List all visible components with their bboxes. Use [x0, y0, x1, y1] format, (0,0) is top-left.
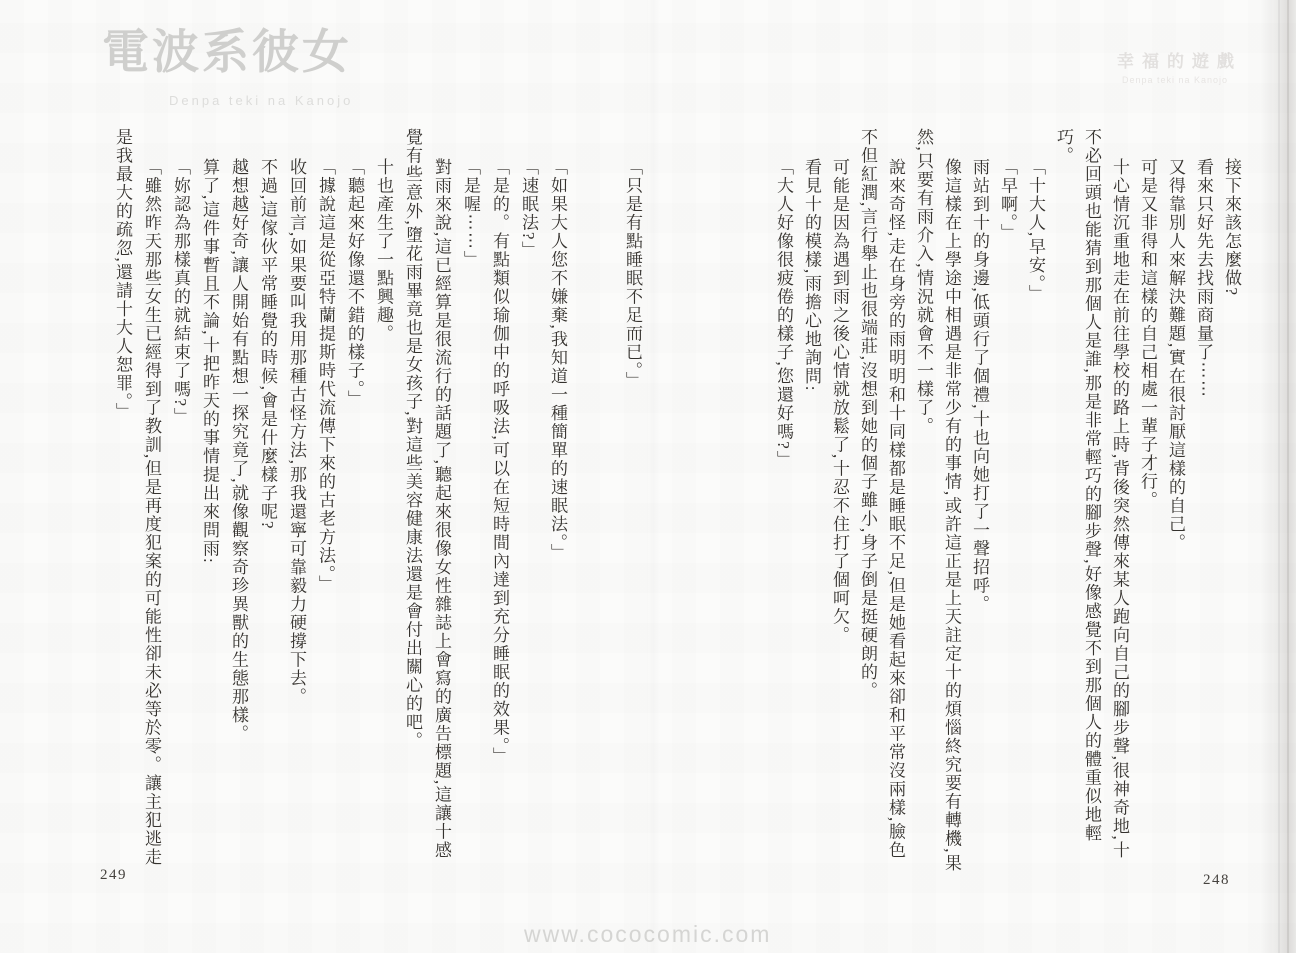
scanned-book-spread: 電波系彼女 Denpa teki na Kanojo 幸福的遊戲 Denpa t…	[0, 0, 1296, 953]
paragraph: 「早啊。」	[993, 128, 1021, 876]
paragraph: 不過,這傢伙平常睡覺的時候,會是什麼樣子呢?	[253, 128, 282, 876]
page-248-text: 接下來該怎麼做?看來只好先去找雨商量了⋯⋯又得靠別人來解決難題,實在很討厭這樣的…	[767, 128, 1245, 876]
paragraph: 「據說這是從亞特蘭提斯時代流傳下來的古老方法。」	[311, 128, 340, 876]
paragraph: 「雖然昨天那些女生已經得到了教訓,但是再度犯案的可能性卻未必等於零。讓主犯逃走是…	[108, 128, 166, 876]
paragraph: 十也產生了一點興趣。	[369, 128, 398, 876]
paragraph: 「大人好像很疲倦的樣子,您還好嗎?」	[769, 128, 797, 876]
paragraph: 說來奇怪,走在身旁的雨明明和十同樣都是睡眠不足,但是她看起來卻和平常沒兩樣,臉色…	[853, 128, 909, 876]
paragraph: 接下來該怎麼做?	[1217, 128, 1245, 876]
paragraph: 算了,這件事暫且不論,十把昨天的事情提出來問雨:	[195, 128, 224, 876]
paragraph: 「妳認為那樣真的就結束了嗎?」	[166, 128, 195, 876]
paragraph: 看見十的模樣,雨擔心地詢問:	[797, 128, 825, 876]
paragraph: 可能是因為遇到雨之後心情就放鬆了,十忍不住打了個呵欠。	[825, 128, 853, 876]
book-edge-streak	[1287, 0, 1289, 953]
paragraph: 「聽起來好像還不錯的樣子。」	[340, 128, 369, 876]
paragraph: 「速眠法?」	[514, 128, 543, 876]
book-edge-streak	[1278, 0, 1280, 953]
paragraph: 又得靠別人來解決難題,實在很討厭這樣的自己。	[1161, 128, 1189, 876]
page-number-249: 249	[100, 867, 127, 884]
volume-title: 幸福的遊戲	[1117, 47, 1242, 72]
paragraph: 「只是有點睡眠不足而已。」	[618, 128, 647, 876]
paragraph: 雨站到十的身邊,低頭行了個禮,十也向她打了一聲招呼。	[965, 128, 993, 876]
paragraph: 收回前言,如果要叫我用那種古怪方法,那我還寧可靠毅力硬撐下去。	[282, 128, 311, 876]
series-logo-romaji: Denpa teki na Kanojo	[169, 93, 353, 108]
paragraph: 對雨來說,這已經算是很流行的話題了,聽起來很像女性雜誌上會寫的廣告標題,這讓十感…	[398, 128, 456, 876]
series-logo: 電波系彼女	[102, 30, 352, 77]
paragraph: 「十大人,早安。」	[1021, 128, 1049, 876]
paragraph: 「如果大人您不嫌棄,我知道一種簡單的速眠法。」	[543, 128, 572, 876]
paragraph: 越想越好奇,讓人開始有點想一探究竟了,就像觀察奇珍異獸的生態那樣。	[224, 128, 253, 876]
paragraph: 「是的。有點類似瑜伽中的呼吸法,可以在短時間內達到充分睡眠的效果。」	[485, 128, 514, 876]
paragraph: 像這樣在上學途中相遇是非常少有的事情,或許這正是上天註定十的煩惱終究要有轉機,果…	[909, 128, 965, 876]
volume-title-subtext: Denpa teki na Kanojo	[1122, 75, 1228, 85]
center-fold-shadow	[646, 0, 660, 953]
paragraph: 可是又非得和這樣的自己相處一輩子才行。	[1133, 128, 1161, 876]
paragraph: 「是喔⋯⋯」	[456, 128, 485, 876]
page-number-248: 248	[1203, 872, 1230, 889]
page-249-text: 「只是有點睡眠不足而已。」「如果大人您不嫌棄,我知道一種簡單的速眠法。」「速眠法…	[98, 128, 647, 876]
paragraph: 看來只好先去找雨商量了⋯⋯	[1189, 128, 1217, 876]
paragraph: 十心情沉重地走在前往學校的路上時,背後突然傳來某人跑向自己的腳步聲,很神奇地,十…	[1049, 128, 1133, 876]
